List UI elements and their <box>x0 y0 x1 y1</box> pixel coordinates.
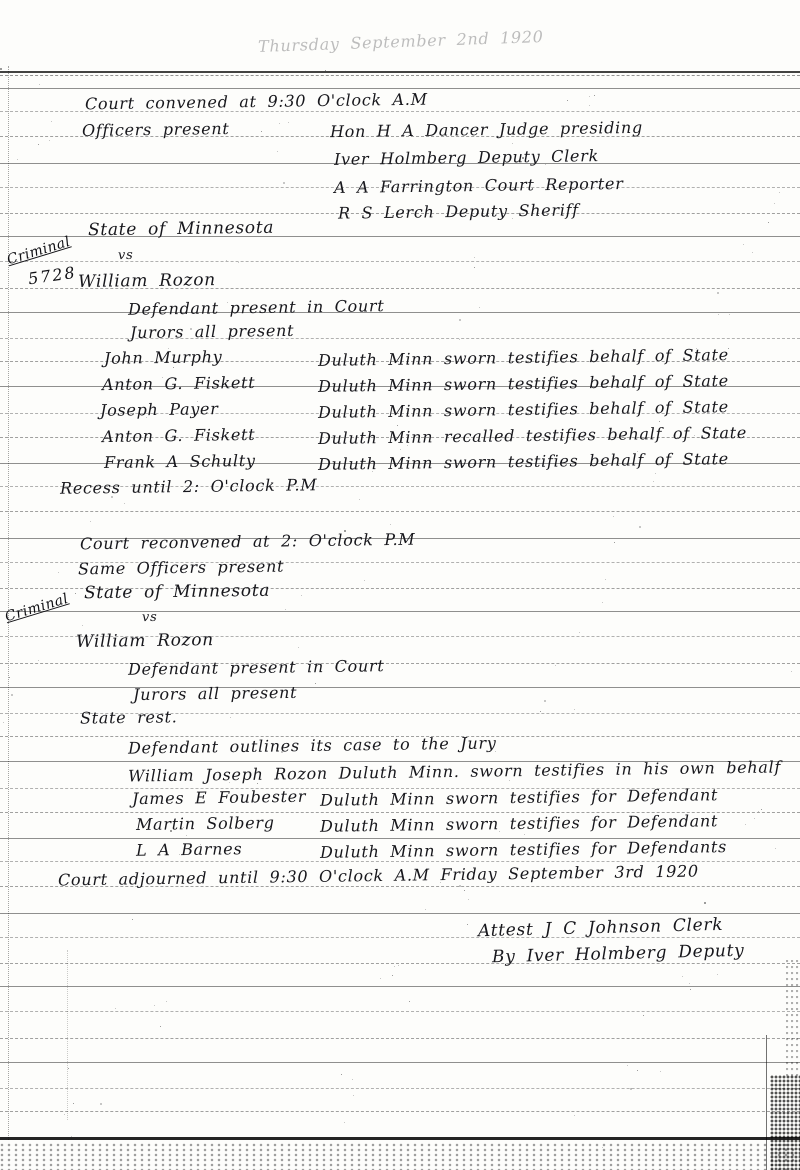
margin-criminal-label-2: Criminal <box>3 591 70 625</box>
officer-deputy-clerk: Iver Holmberg Deputy Clerk <box>334 146 599 169</box>
scan-speck <box>124 503 125 504</box>
margin-criminal-label: Criminal <box>5 234 72 268</box>
scan-speck <box>186 835 187 836</box>
witness-name: Anton G. Fiskett <box>102 373 256 394</box>
scan-speck <box>745 824 746 825</box>
scan-speck <box>315 683 316 684</box>
scan-speck <box>392 975 393 976</box>
bottom-border-line <box>0 1137 800 1140</box>
scan-speck <box>704 902 706 904</box>
witness-entry: Duluth Minn sworn testifies behalf of St… <box>318 397 729 422</box>
scan-speck <box>718 314 719 315</box>
scan-speck <box>467 924 468 925</box>
scan-speck <box>344 1122 345 1123</box>
court-convened-line: Court convened at 9:30 O'clock A.M <box>85 90 428 114</box>
scan-speck <box>51 121 52 122</box>
scan-speck <box>352 1079 353 1080</box>
ruled-line <box>0 1038 800 1039</box>
witness-name: James E Foubester <box>132 787 306 808</box>
fold-line <box>67 950 68 1120</box>
ruled-line <box>0 1111 800 1112</box>
versus-mark: vs <box>118 248 134 263</box>
ruled-line <box>0 913 800 914</box>
ruled-line <box>0 1062 800 1063</box>
scan-speck <box>574 1115 575 1116</box>
scan-noise-bottom <box>0 1143 800 1170</box>
scan-speck <box>743 244 744 245</box>
scan-noise-right-edge <box>786 960 800 1080</box>
witness-entry: Duluth Minn sworn testifies behalf of St… <box>318 449 729 474</box>
scan-speck <box>31 562 32 563</box>
scan-speck <box>364 580 365 581</box>
scan-speck <box>166 1001 167 1002</box>
state-rest-line: State rest. <box>80 707 178 727</box>
scan-speck <box>283 182 285 184</box>
scan-speck <box>474 267 475 268</box>
scan-speck <box>682 976 683 977</box>
scan-speck <box>468 899 469 900</box>
page-header-date: Thursday September 2nd 1920 <box>258 27 544 56</box>
scan-speck <box>17 159 18 160</box>
scan-speck <box>353 1095 354 1096</box>
witness-name: Frank A Schulty <box>104 451 256 472</box>
scan-speck <box>479 307 480 308</box>
scan-speck <box>341 1074 342 1075</box>
scan-speck <box>459 339 460 340</box>
witness-entry: Duluth Minn sworn testifies behalf of St… <box>318 345 729 370</box>
scan-speck <box>567 100 568 101</box>
scan-speck <box>238 262 239 263</box>
defendant-present-note-2: Defendant present in Court <box>128 656 385 679</box>
ruled-line <box>0 88 800 89</box>
scan-speck <box>589 105 590 106</box>
ruled-line <box>0 986 800 987</box>
scan-speck <box>653 481 654 482</box>
ledger-page: Thursday September 2nd 1920 Court conven… <box>0 0 800 1170</box>
scan-speck <box>639 526 641 528</box>
scan-speck <box>359 499 360 500</box>
scan-speck <box>774 203 775 204</box>
ruled-line <box>0 1088 800 1089</box>
scan-speck <box>474 257 475 258</box>
scan-speck <box>173 367 174 368</box>
scan-speck <box>779 192 780 193</box>
scan-speck <box>298 647 299 648</box>
versus-mark-2: vs <box>142 610 158 625</box>
scan-speck <box>132 919 133 920</box>
scan-speck <box>398 965 399 966</box>
scan-speck <box>630 1088 632 1090</box>
scan-speck <box>660 1071 661 1072</box>
scan-speck <box>90 521 91 522</box>
scan-speck <box>637 1070 638 1071</box>
scan-speck <box>285 609 286 610</box>
witness-entry: Duluth Minn recalled testifies behalf of… <box>318 423 747 448</box>
scan-speck <box>464 890 465 891</box>
top-border-line-2 <box>0 75 800 76</box>
scan-noise-corner <box>770 1075 800 1170</box>
scan-speck <box>261 131 262 132</box>
scan-speck <box>58 572 59 573</box>
scan-speck <box>761 809 762 810</box>
scan-speck <box>277 151 278 152</box>
scan-speck <box>754 818 755 819</box>
scan-speck <box>614 542 615 543</box>
scan-speck <box>73 1103 74 1104</box>
defendant-present-note: Defendant present in Court <box>128 296 385 319</box>
scan-speck <box>555 665 556 666</box>
scan-speck <box>717 292 719 294</box>
scan-speck <box>38 660 39 661</box>
recess-line: Recess until 2: O'clock P.M <box>60 475 318 498</box>
scan-speck <box>627 1065 628 1066</box>
officer-deputy-sheriff: R S Lerch Deputy Sheriff <box>338 200 579 222</box>
officer-court-reporter: A A Farrington Court Reporter <box>334 174 624 197</box>
scan-speck <box>279 123 280 124</box>
ruled-line <box>0 1011 800 1012</box>
scan-speck <box>397 425 398 426</box>
witness-entry: Duluth Minn sworn testifies for Defendan… <box>320 837 727 862</box>
scan-speck <box>226 260 227 261</box>
scan-speck <box>394 966 395 967</box>
ruled-line <box>0 611 800 612</box>
ruled-line <box>0 687 800 688</box>
scan-speck <box>602 602 603 603</box>
scan-speck <box>409 1001 410 1002</box>
scan-speck <box>288 122 289 123</box>
case-caption-state-2: State of Minnesota <box>84 581 270 604</box>
defense-opening-line: Defendant outlines its case to the Jury <box>128 733 497 757</box>
margin-case-number: 5728 <box>27 263 78 289</box>
scan-speck <box>82 625 83 626</box>
ruled-line <box>0 338 800 339</box>
scan-speck <box>75 593 76 594</box>
scan-speck <box>752 252 753 253</box>
scan-speck <box>729 314 730 315</box>
scan-speck <box>459 885 461 887</box>
scan-speck <box>390 524 391 525</box>
court-reconvened-line: Court reconvened at 2: O'clock P.M <box>80 530 416 554</box>
scan-speck <box>38 144 39 145</box>
witness-name: L A Barnes <box>136 839 243 859</box>
scan-speck <box>544 700 546 702</box>
scan-speck <box>540 711 541 712</box>
ruled-line <box>0 511 800 512</box>
scan-speck <box>11 694 13 696</box>
jurors-present-note: Jurors all present <box>130 321 294 342</box>
scan-speck <box>690 989 691 990</box>
scan-speck <box>689 983 690 984</box>
defendant-name-2: William Rozon <box>76 630 214 652</box>
ruled-line <box>0 963 800 964</box>
scan-speck <box>579 632 580 633</box>
scan-speck <box>512 143 513 144</box>
scan-speck <box>574 709 575 710</box>
scan-speck <box>594 95 595 96</box>
scan-speck <box>400 449 401 450</box>
officer-judge: Hon H A Dancer Judge presiding <box>330 118 643 141</box>
scan-speck <box>655 473 656 474</box>
witness-name: John Murphy <box>104 347 223 368</box>
scan-speck <box>230 717 231 718</box>
scan-speck <box>0 68 2 70</box>
scan-speck <box>3 722 4 723</box>
scan-speck <box>758 811 759 812</box>
witness-name: Martin Solberg <box>136 813 275 834</box>
scan-speck <box>717 974 718 975</box>
officers-present-label: Officers present <box>82 119 230 140</box>
scan-speck <box>64 1114 65 1115</box>
case-caption-state: State of Minnesota <box>88 218 274 241</box>
scan-speck <box>301 595 302 596</box>
top-border-line <box>0 71 800 73</box>
ruled-line <box>0 312 800 313</box>
scan-speck <box>613 516 614 517</box>
ruled-line <box>0 663 800 664</box>
scan-speck <box>49 140 50 141</box>
scan-speck <box>524 834 525 835</box>
scan-speck <box>659 421 660 422</box>
witness-entry: Duluth Minn sworn testifies behalf of St… <box>318 371 729 396</box>
witness-entry: Duluth Minn sworn testifies for Defendan… <box>320 811 718 836</box>
scan-speck <box>605 579 606 580</box>
scan-speck <box>115 1008 116 1009</box>
defendant-name: William Rozon <box>78 270 216 292</box>
scan-speck <box>425 909 426 910</box>
scan-speck <box>459 319 461 321</box>
scan-speck <box>380 978 381 979</box>
scan-speck <box>775 848 776 849</box>
scan-speck <box>9 677 10 678</box>
scan-speck <box>39 84 40 85</box>
witness-name: Joseph Payer <box>100 399 219 420</box>
scan-speck <box>643 1015 644 1016</box>
left-margin-line <box>8 66 9 1140</box>
scan-speck <box>768 222 769 223</box>
scan-speck <box>160 1026 161 1027</box>
witness-name: Anton G. Fiskett <box>102 425 256 446</box>
scan-speck <box>791 671 792 672</box>
ruled-line <box>0 937 800 938</box>
scan-speck <box>589 96 590 97</box>
scan-speck <box>100 1103 102 1105</box>
scan-speck <box>154 1005 155 1006</box>
jurors-present-note-2: Jurors all present <box>133 683 297 704</box>
same-officers-line: Same Officers present <box>78 557 284 579</box>
scan-speck <box>68 1068 69 1069</box>
